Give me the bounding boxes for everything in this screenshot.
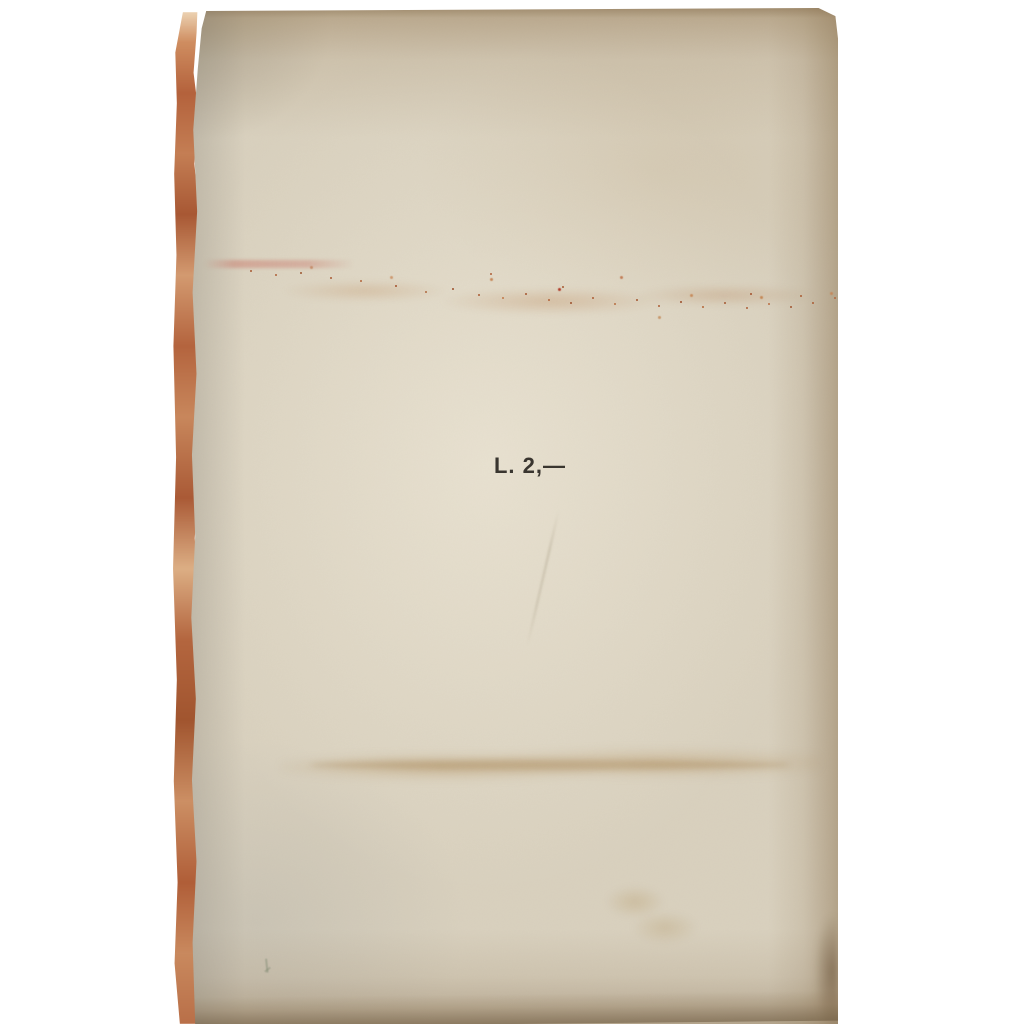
price-label: L. 2,— [222,451,838,481]
book-cover: L. 2,— [170,8,838,1024]
foxing-speckles-small [190,8,192,10]
foxing-speckles-large [190,8,193,11]
paper-grain-texture [190,8,838,1024]
lower-spot-stain [600,876,700,950]
paper-top-edge-line [190,8,838,18]
book-paper-cover: L. 2,— [190,8,838,1024]
corner-pencil-mark [261,957,277,976]
smudge-stain-core [310,760,790,770]
bottom-right-corner-smear [808,894,838,1024]
paper-right-shade [768,8,838,1024]
paper-left-shade [190,8,245,1024]
paper-crease-line [526,510,559,647]
pink-stain-streak [204,260,354,268]
bottom-edge-shadow [190,991,838,1024]
paper-top-shade [190,8,838,138]
paper-bottom-shade [190,929,838,1024]
photo-background: L. 2,— [0,0,1024,1024]
